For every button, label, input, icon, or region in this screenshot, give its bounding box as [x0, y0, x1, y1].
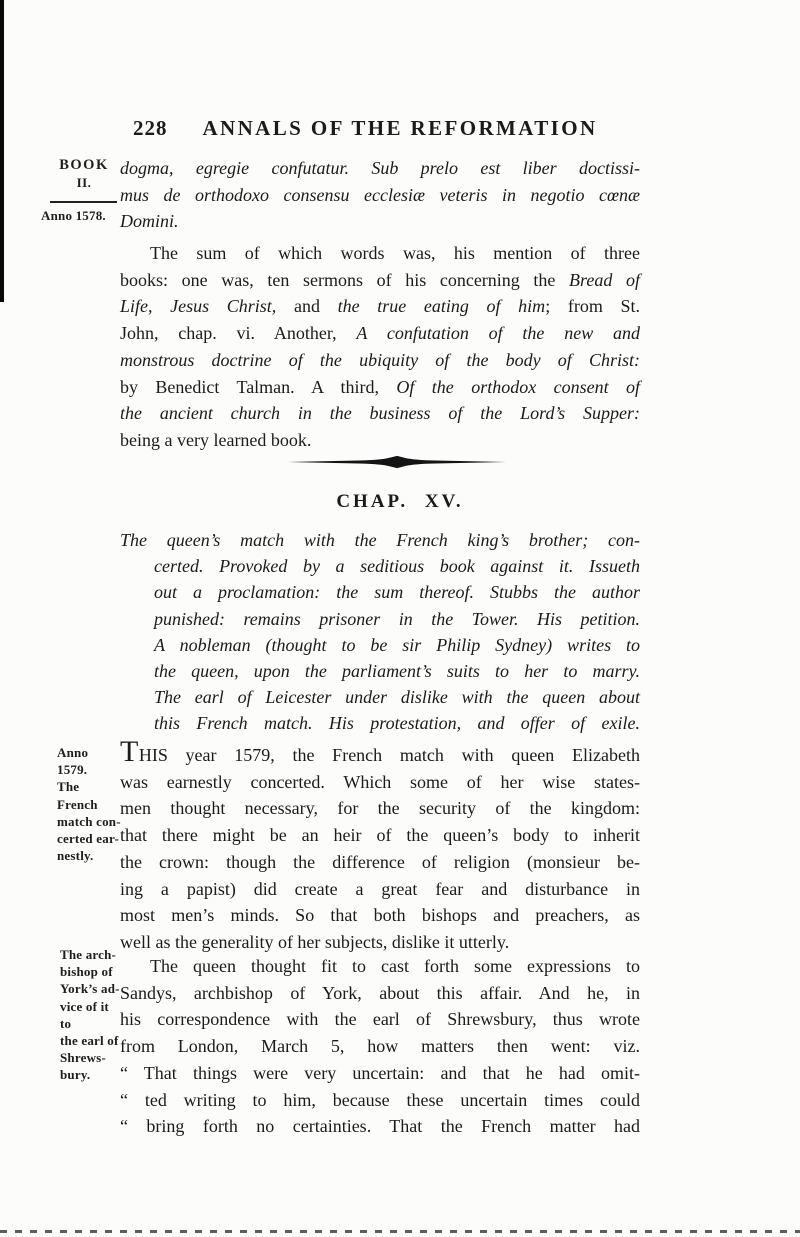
- margin-rule: [50, 201, 117, 203]
- text-line: THIS year 1579, the French match with qu…: [120, 739, 640, 769]
- margin-note-line: bishop of: [60, 963, 122, 980]
- text-segment: “ bring forth no certainties. That the F…: [120, 1116, 640, 1136]
- text-segment: mus de orthodoxo consensu ecclesiæ veter…: [120, 185, 640, 205]
- body-text: dogma, egregie confutatur. Sub prelo est…: [120, 0, 640, 1237]
- text-segment: and: [276, 296, 337, 316]
- text-line: punished: remains prisoner in the Tower.…: [154, 606, 640, 632]
- margin-note-line: vice of it to: [60, 998, 122, 1032]
- text-line: Domini.: [120, 208, 640, 235]
- text-line: was earnestly concerted. Which some of h…: [120, 769, 640, 796]
- text-line: certed. Provoked by a seditious book aga…: [154, 553, 640, 579]
- text-line: The sum of which words was, his mention …: [120, 240, 640, 267]
- text-line: that there might be an heir of the queen…: [120, 822, 640, 849]
- latin-paragraph: dogma, egregie confutatur. Sub prelo est…: [120, 155, 640, 235]
- margin-note-line: The French: [57, 778, 121, 812]
- text-line: dogma, egregie confutatur. Sub prelo est…: [120, 155, 640, 182]
- text-segment: the true eating of him: [338, 296, 546, 316]
- margin-note-book: BOOK II.: [50, 156, 118, 192]
- text-line: from London, March 5, how matters then w…: [120, 1033, 640, 1060]
- text-line: men thought necessary, for the security …: [120, 795, 640, 822]
- margin-note-line: Anno 1579.: [57, 744, 121, 778]
- text-line: the queen, upon the parliament’s suits t…: [154, 658, 640, 684]
- margin-note-line: certed ear-: [57, 830, 121, 847]
- book-volume-numeral: II.: [50, 174, 118, 192]
- text-segment: this French match. His protestation, and…: [154, 713, 640, 733]
- text-line: mus de orthodoxo consensu ecclesiæ veter…: [120, 182, 640, 209]
- text-segment: Of the orthodox consent of: [396, 377, 640, 397]
- text-segment: from London, March 5, how matters then w…: [120, 1036, 640, 1056]
- text-segment: by Benedict Talman. A third,: [120, 377, 396, 397]
- margin-note-anno-1578: Anno 1578.: [41, 207, 106, 224]
- text-segment: the ancient church in the business of th…: [120, 403, 640, 423]
- text-segment: punished: remains prisoner in the Tower.…: [154, 609, 640, 629]
- text-segment: Sandys, archbishop of York, about this a…: [120, 983, 640, 1003]
- scan-left-edge-artifact: [0, 0, 4, 302]
- text-segment: being a very learned book.: [120, 430, 311, 450]
- french-match-paragraph: THIS year 1579, the French match with qu…: [120, 739, 640, 956]
- text-segment: his correspondence with the earl of Shre…: [120, 1009, 640, 1029]
- text-line: The earl of Leicester under dislike with…: [154, 684, 640, 710]
- text-segment: books: one was, ten sermons of his conce…: [120, 270, 569, 290]
- text-segment: Bread of: [569, 270, 640, 290]
- text-line: the crown: though the difference of reli…: [120, 849, 640, 876]
- text-segment: “ That things were very uncertain: and t…: [120, 1063, 640, 1083]
- text-line: this French match. His protestation, and…: [154, 710, 640, 736]
- text-segment: was earnestly concerted. Which some of h…: [120, 772, 640, 792]
- chapter-summary: The queen’s match with the French king’s…: [120, 527, 640, 737]
- text-segment: The queen’s match with the French king’s…: [120, 530, 640, 550]
- drop-initial: T: [120, 735, 139, 768]
- text-segment: the crown: though the difference of reli…: [120, 852, 640, 872]
- margin-note-line: The arch-: [60, 946, 122, 963]
- three-books-paragraph: The sum of which words was, his mention …: [120, 240, 640, 454]
- text-line: A nobleman (thought to be sir Philip Syd…: [154, 632, 640, 658]
- text-segment: ; from St.: [545, 296, 640, 316]
- text-line: being a very learned book.: [120, 427, 640, 454]
- margin-note-archbishop: The arch- bishop of York’s ad- vice of i…: [60, 946, 122, 1084]
- text-line: Sandys, archbishop of York, about this a…: [120, 980, 640, 1007]
- text-segment: John, chap. vi. Another,: [120, 323, 356, 343]
- text-line: The queen thought fit to cast forth some…: [120, 953, 640, 980]
- text-line: “ bring forth no certainties. That the F…: [120, 1113, 640, 1140]
- text-line: ing a papist) did create a great fear an…: [120, 876, 640, 903]
- book-page: 228 ANNALS OF THE REFORMATION BOOK II. A…: [0, 0, 800, 1237]
- text-line: “ That things were very uncertain: and t…: [120, 1060, 640, 1087]
- text-line: books: one was, ten sermons of his conce…: [120, 267, 640, 294]
- text-segment: Life, Jesus Christ,: [120, 296, 276, 316]
- text-segment: “ ted writing to him, because these unce…: [120, 1090, 640, 1110]
- text-line: the ancient church in the business of th…: [120, 400, 640, 427]
- text-segment: The sum of which words was, his mention …: [150, 243, 640, 263]
- text-line: his correspondence with the earl of Shre…: [120, 1006, 640, 1033]
- margin-note-line: nestly.: [57, 847, 121, 864]
- text-segment: dogma, egregie confutatur. Sub prelo est…: [120, 158, 640, 178]
- archbishop-paragraph: The queen thought fit to cast forth some…: [120, 953, 640, 1140]
- text-segment: certed. Provoked by a seditious book aga…: [154, 556, 640, 576]
- text-line: The queen’s match with the French king’s…: [120, 527, 640, 553]
- text-segment: A nobleman (thought to be sir Philip Syd…: [154, 635, 640, 655]
- text-line: out a proclamation: the sum thereof. Stu…: [154, 579, 640, 605]
- text-segment: the queen, upon the parliament’s suits t…: [154, 661, 640, 681]
- text-line: “ ted writing to him, because these unce…: [120, 1087, 640, 1114]
- text-segment: The queen thought fit to cast forth some…: [150, 956, 640, 976]
- text-line: by Benedict Talman. A third, Of the orth…: [120, 374, 640, 401]
- text-line: well as the generality of her subjects, …: [120, 929, 640, 956]
- text-segment: well as the generality of her subjects, …: [120, 932, 509, 952]
- margin-note-line: bury.: [60, 1066, 122, 1083]
- text-line: most men’s minds. So that both bishops a…: [120, 902, 640, 929]
- text-segment: that there might be an heir of the queen…: [120, 825, 640, 845]
- text-segment: ing a papist) did create a great fear an…: [120, 879, 640, 899]
- text-segment: HIS year 1579, the French match with que…: [139, 745, 640, 765]
- text-line: Life, Jesus Christ, and the true eating …: [120, 293, 640, 320]
- margin-note-line: match con-: [57, 813, 121, 830]
- margin-note-line: the earl of: [60, 1032, 122, 1049]
- text-segment: monstrous doctrine of the ubiquity of th…: [120, 350, 640, 370]
- text-segment: Domini.: [120, 211, 179, 231]
- margin-note-line: York’s ad-: [60, 980, 122, 997]
- margin-note-line: Shrews-: [60, 1049, 122, 1066]
- text-line: John, chap. vi. Another, A confutation o…: [120, 320, 640, 347]
- text-segment: out a proclamation: the sum thereof. Stu…: [154, 582, 640, 602]
- book-label: BOOK: [50, 156, 118, 174]
- margin-note-anno-1579: Anno 1579. The French match con- certed …: [57, 744, 121, 864]
- text-line: monstrous doctrine of the ubiquity of th…: [120, 347, 640, 374]
- text-segment: men thought necessary, for the security …: [120, 798, 640, 818]
- text-segment: A confutation of the new and: [356, 323, 640, 343]
- text-segment: most men’s minds. So that both bishops a…: [120, 905, 640, 925]
- text-segment: The earl of Leicester under dislike with…: [154, 687, 640, 707]
